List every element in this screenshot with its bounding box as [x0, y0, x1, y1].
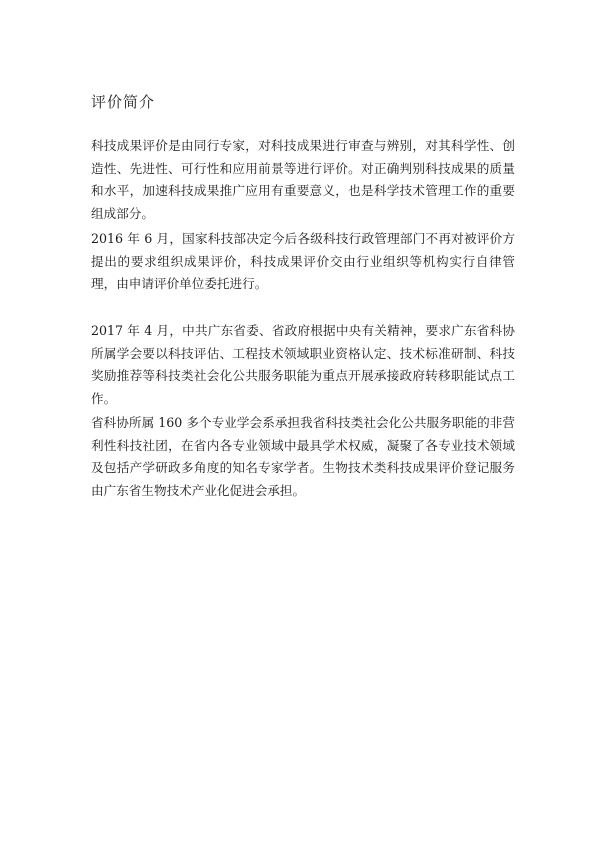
paragraph-2016-policy: 2016 年 6 月，国家科技部决定今后各级科技行政管理部门不再对被评价方提出的… [91, 228, 515, 296]
document-title: 评价简介 [91, 92, 155, 112]
paragraph-association: 省科协所属 160 多个专业学会系承担我省科技类社会化公共服务职能的非营利性科技… [91, 412, 515, 502]
paragraph-intro: 科技成果评价是由同行专家，对科技成果进行审查与辨别，对其科学性、创造性、先进性、… [91, 135, 515, 225]
paragraph-2017-policy: 2017 年 4 月，中共广东省委、省政府根据中央有关精神，要求广东省科协所属学… [91, 320, 515, 410]
document-page: 评价简介 科技成果评价是由同行专家，对科技成果进行审查与辨别，对其科学性、创造性… [0, 0, 600, 848]
